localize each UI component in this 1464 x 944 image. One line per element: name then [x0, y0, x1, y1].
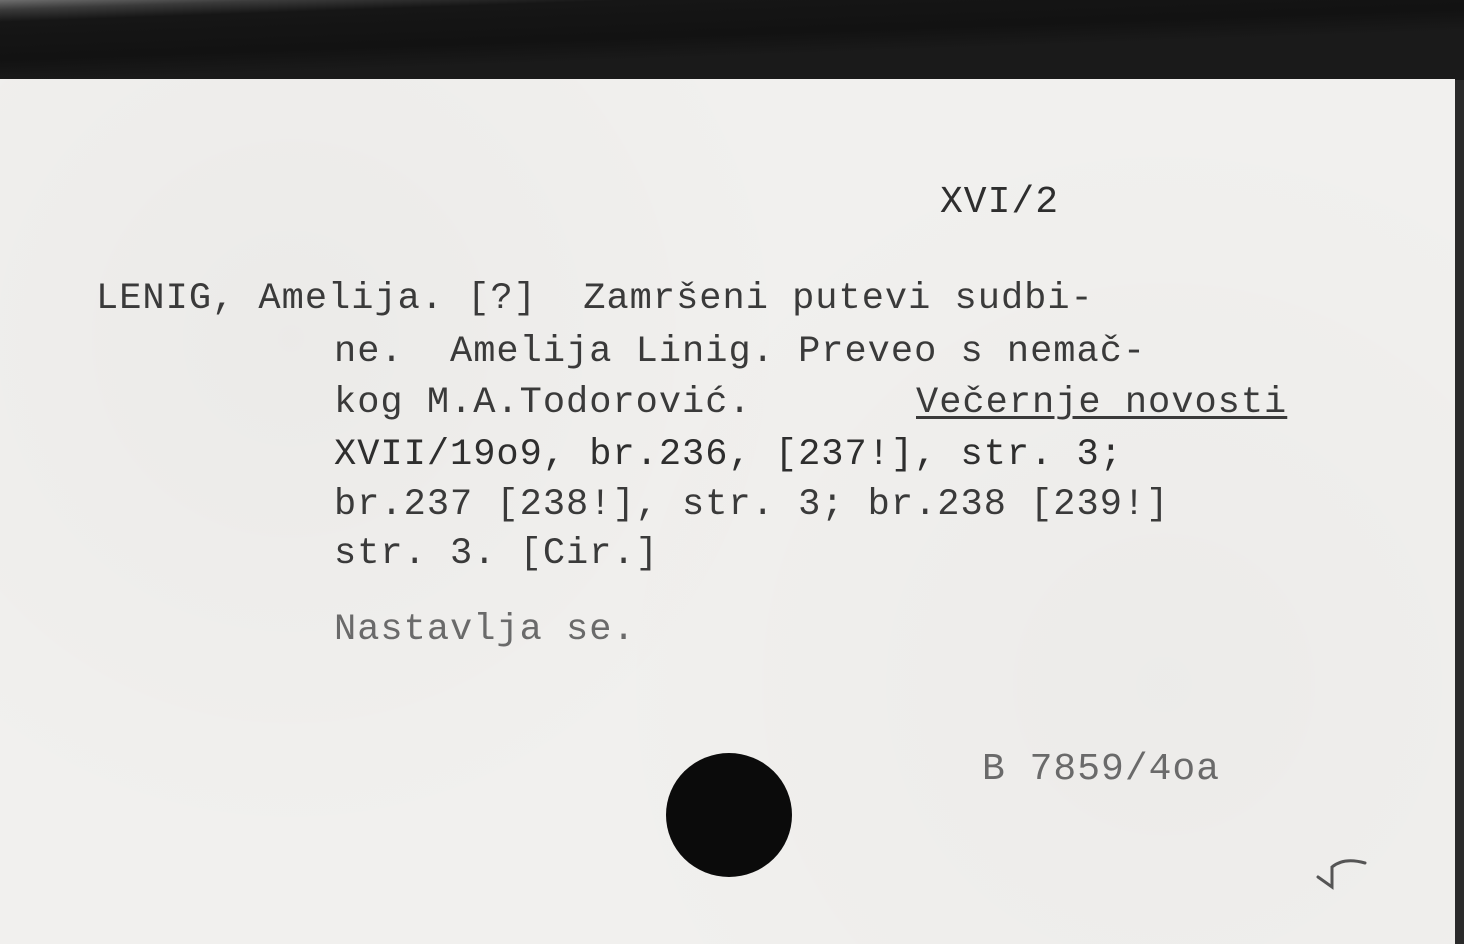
call-number: XVI/2 [940, 184, 1059, 222]
continuation-note: Nastavlja se. [334, 612, 636, 649]
shelf-mark: B 7859/4oa [982, 751, 1220, 789]
entry-line-3: kog M.A.Todorović. [334, 385, 752, 422]
periodical-title: Večernje novosti [916, 385, 1287, 422]
check-mark-icon [1310, 855, 1370, 905]
entry-line-6: str. 3. [Cir.] [334, 536, 659, 573]
punch-hole [666, 753, 792, 877]
scanner-background-right [1454, 80, 1464, 944]
entry-line-5: br.237 [238!], str. 3; br.238 [239!] [334, 487, 1169, 524]
scanner-background-top [0, 0, 1464, 82]
entry-line-1: LENIG, Amelija. [?] Zamršeni putevi sudb… [96, 281, 1094, 318]
entry-line-4: XVII/19o9, br.236, [237!], str. 3; [334, 437, 1123, 474]
entry-line-2: ne. Amelija Linig. Preveo s nemač- [334, 334, 1146, 371]
